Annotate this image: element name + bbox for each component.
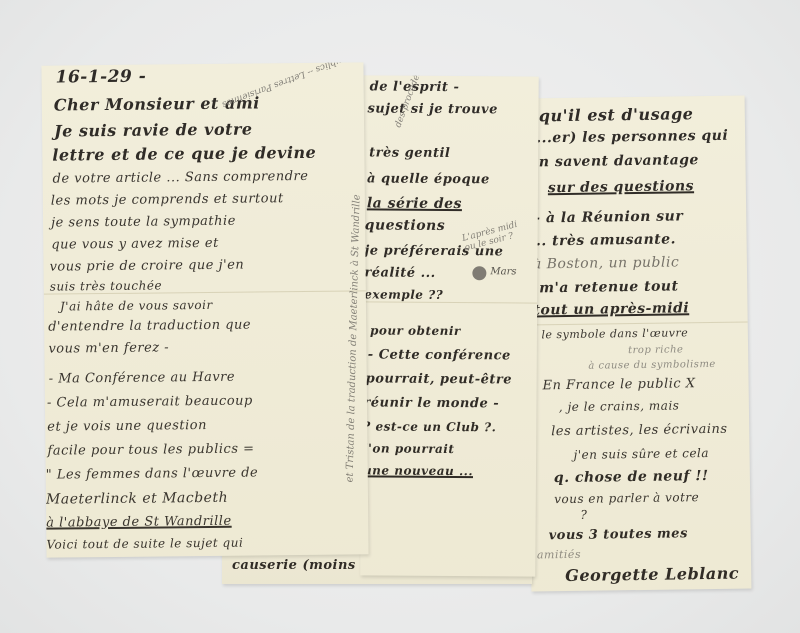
handwritten-line: à Boston, un public <box>533 254 680 272</box>
handwritten-line: vous prie de croire que j'en <box>49 258 244 275</box>
handwritten-line: les mots je comprends et surtout <box>51 191 284 208</box>
handwritten-line: que vous y avez mise et <box>51 236 219 253</box>
handwritten-line: Maeterlinck et Macbeth <box>46 490 228 508</box>
handwritten-line: réalité ... <box>364 265 435 280</box>
handwritten-line: pour obtenir <box>370 323 461 338</box>
handwritten-line: de votre article ... Sans comprendre <box>53 169 309 187</box>
handwritten-line: questions <box>365 217 446 234</box>
handwritten-line: J'ai hâte de vous savoir <box>60 298 213 314</box>
ink-scribble <box>472 266 486 280</box>
signature: Georgette Leblanc <box>565 564 739 585</box>
handwritten-line: En France le public X <box>542 376 695 393</box>
handwritten-line: vous m'en ferez - <box>48 340 169 356</box>
handwritten-line: - Cela m'amuserait beaucoup <box>47 394 253 411</box>
handwritten-line: - à la Réunion sur <box>534 208 683 226</box>
handwritten-line: (...er) les personnes qui <box>529 128 728 147</box>
handwritten-line: ? est-ce un Club ?. <box>363 419 496 434</box>
handwritten-line: ... très amusante. <box>530 231 676 249</box>
handwritten-line: trop riche <box>628 344 683 356</box>
handwritten-line: amitiés <box>537 548 581 562</box>
letter-sheet-middle: de l'esprit - sujet si je trouve très ge… <box>360 75 538 576</box>
handwritten-line: Voici tout de suite le sujet qui <box>46 536 243 552</box>
handwritten-line: les artistes, les écrivains <box>551 422 728 439</box>
handwritten-line: et je vois une question <box>47 418 207 435</box>
handwritten-line: l'on pourrait <box>363 441 454 456</box>
handwritten-line: q. chose de neuf !! <box>554 468 709 486</box>
pencil-vertical-note: et Tristan de la traduction de Maeterlin… <box>345 194 363 482</box>
handwritten-line: réunir le monde - <box>363 395 499 411</box>
handwritten-line: à quelle époque <box>367 171 490 187</box>
handwritten-line: m'a retenue tout <box>539 278 679 296</box>
handwritten-line: lettre et de ce que je devine <box>52 143 316 165</box>
handwritten-line: sur des questions <box>548 178 694 196</box>
handwritten-line: vous en parler à votre <box>554 490 699 506</box>
handwritten-line: " le symbole dans l'œuvre <box>532 326 689 341</box>
handwritten-line: ? <box>580 508 587 522</box>
handwritten-line: j'en suis sûre et cela <box>573 446 709 462</box>
handwritten-line: à l'abbaye de St Wandrille <box>46 514 232 531</box>
handwritten-line: qu'il est d'usage <box>539 104 694 125</box>
handwritten-line: la série des <box>367 195 462 212</box>
handwritten-line: à cause du symbolisme <box>588 359 716 372</box>
handwritten-line: suis très touchée <box>50 278 162 293</box>
handwritten-line: en savent davantage <box>529 152 699 170</box>
handwritten-line: vous 3 toutes mes <box>549 526 688 543</box>
handwritten-line: sujet si je trouve <box>367 101 497 117</box>
handwritten-line: " Les femmes dans l'œuvre de <box>46 465 259 482</box>
handwritten-line: pourrait, peut-être <box>366 371 513 387</box>
letter-date: 16-1-29 - <box>55 67 146 88</box>
handwritten-line: Je suis ravie de votre <box>54 119 253 140</box>
handwritten-line: , je le crains, mais <box>559 398 680 414</box>
handwritten-line: exemple ?? <box>364 287 443 302</box>
handwritten-line: tout un après-midi <box>533 300 689 318</box>
handwritten-line: - Ma Conférence au Havre <box>49 370 236 387</box>
handwritten-line: je sens toute la sympathie <box>51 214 236 231</box>
handwritten-line: d'entendre la traduction que <box>48 318 251 335</box>
pencil-margin-note: Mars <box>490 266 516 277</box>
handwritten-line: une nouveau ... <box>363 463 473 478</box>
fold-crease <box>528 321 748 325</box>
letter-sheet-right: qu'il est d'usage (...er) les personnes … <box>525 95 752 591</box>
fold-crease <box>362 301 537 303</box>
handwritten-line: facile pour tous les publics = <box>47 441 254 458</box>
letter-sheet-left: 16-1-29 - Cher Monsieur et ami Je suis r… <box>41 62 368 557</box>
handwritten-line: très gentil <box>369 145 450 161</box>
handwritten-line: - Cette conférence <box>368 347 511 363</box>
